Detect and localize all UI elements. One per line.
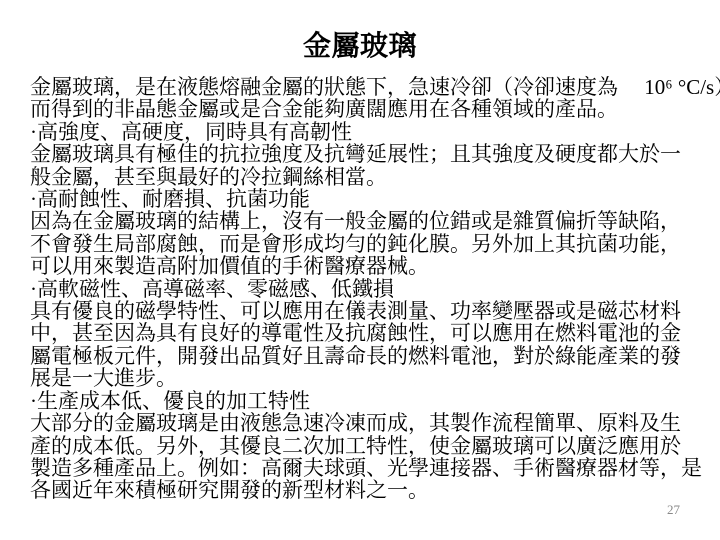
- text-line: 不會發生局部腐蝕，而是會形成均勻的鈍化膜。另外加上其抗菌功能，: [30, 233, 696, 255]
- text-line: 般金屬，甚至與最好的冷拉鋼絲相當。: [30, 166, 696, 188]
- text-line: 金屬玻璃，是在液態熔融金屬的狀態下，急速冷卻（冷卻速度為 10⁶ °C/s）: [30, 76, 696, 98]
- text-line: 具有優良的磁學特性、可以應用在儀表測量、功率變壓器或是磁芯材料: [30, 300, 696, 322]
- page-title: 金屬玻璃: [0, 24, 720, 64]
- text-line: 製造多種產品上。例如：高爾夫球頭、光學連接器、手術醫療器材等，是: [30, 457, 696, 479]
- text-line: 而得到的非晶態金屬或是合金能夠廣闊應用在各種領域的產品。: [30, 98, 696, 120]
- text-line: 屬電極板元件，開發出品質好且壽命長的燃料電池，對於綠能產業的發: [30, 345, 696, 367]
- text-line: 各國近年來積極研究開發的新型材料之一。: [30, 479, 696, 501]
- text-line: ·高強度、高硬度，同時具有高韌性: [30, 121, 696, 143]
- slide: 金屬玻璃 金屬玻璃，是在液態熔融金屬的狀態下，急速冷卻（冷卻速度為 10⁶ °C…: [0, 0, 720, 540]
- text-line: ·生產成本低、優良的加工特性: [30, 390, 696, 412]
- text-line: 中，甚至因為具有良好的導電性及抗腐蝕性，可以應用在燃料電池的金: [30, 322, 696, 344]
- text-line: 因為在金屬玻璃的結構上，沒有一般金屬的位錯或是雜質偏折等缺陷，: [30, 210, 696, 232]
- page-number: 27: [667, 502, 680, 518]
- text-line: 大部分的金屬玻璃是由液態急速冷凍而成，其製作流程簡單、原料及生: [30, 412, 696, 434]
- text-line: 金屬玻璃具有極佳的抗拉強度及抗彎延展性；且其強度及硬度都大於一: [30, 143, 696, 165]
- body-text: 金屬玻璃，是在液態熔融金屬的狀態下，急速冷卻（冷卻速度為 10⁶ °C/s）而得…: [30, 76, 696, 502]
- text-line: 可以用來製造高附加價值的手術醫療器械。: [30, 255, 696, 277]
- text-line: ·高耐蝕性、耐磨損、抗菌功能: [30, 188, 696, 210]
- text-line: 展是一大進步。: [30, 367, 696, 389]
- text-line: ·高軟磁性、高導磁率、零磁感、低鐵損: [30, 278, 696, 300]
- text-line: 產的成本低。另外，其優良二次加工特性，使金屬玻璃可以廣泛應用於: [30, 435, 696, 457]
